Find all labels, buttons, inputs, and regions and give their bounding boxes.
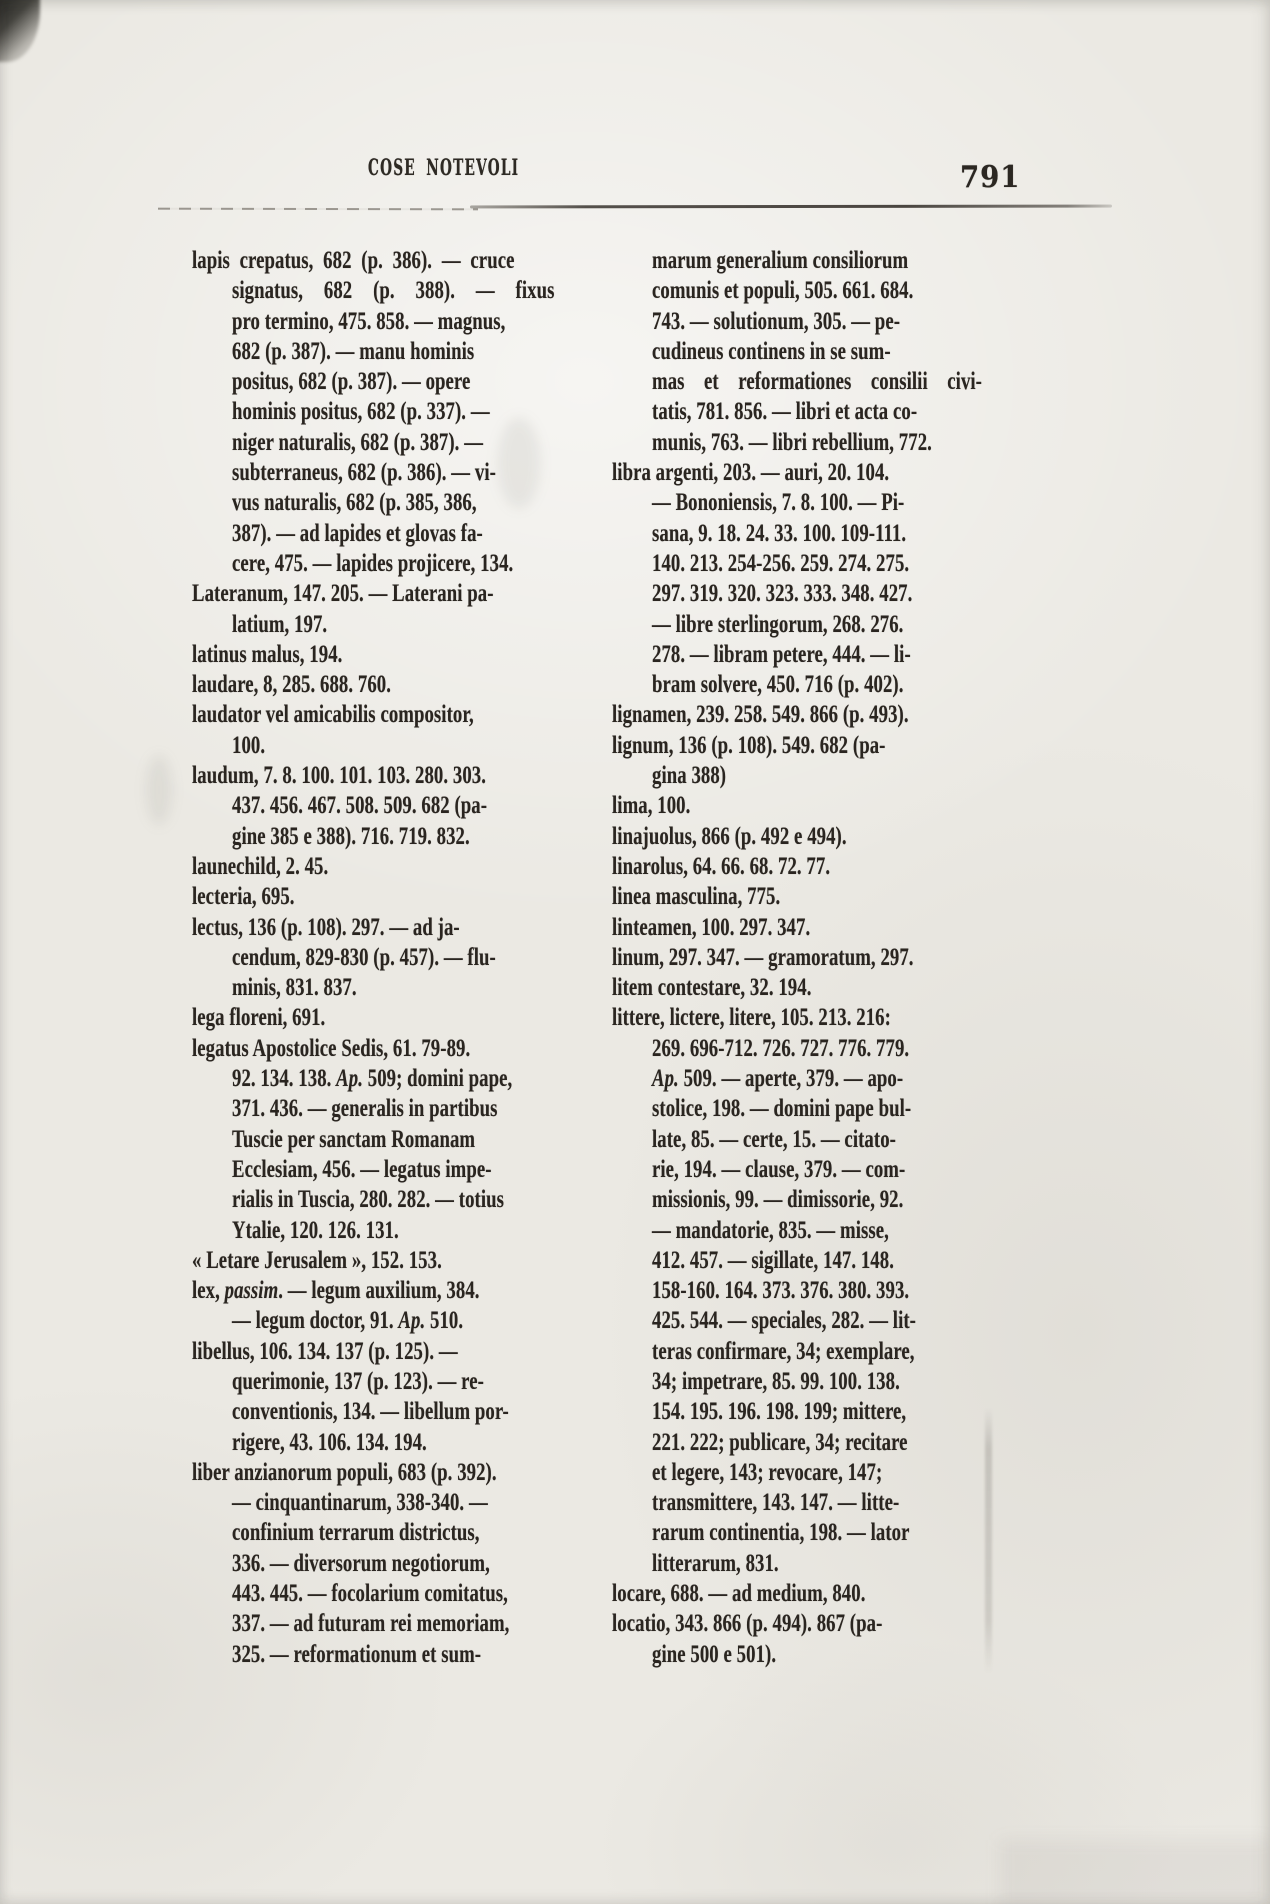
index-line: 297. 319. 320. 323. 333. 348. 427. xyxy=(652,579,982,609)
scan-blot xyxy=(146,755,172,825)
index-line: 92. 134. 138. Ap. 509; domini pape, xyxy=(232,1064,555,1094)
index-line: signatus, 682 (p. 388). — fixus xyxy=(232,276,555,306)
index-line: Ytalie, 120. 126. 131. xyxy=(232,1216,555,1246)
index-line: late, 85. — certe, 15. — citato- xyxy=(652,1125,982,1155)
page-number: 791 xyxy=(960,160,1020,195)
index-line: missionis, 99. — dimissorie, 92. xyxy=(652,1185,982,1215)
index-line: — mandatorie, 835. — misse, xyxy=(652,1216,982,1246)
index-line: 682 (p. 387). — manu hominis xyxy=(232,337,555,367)
running-header: COSE NOTEVOLI xyxy=(368,155,519,181)
index-line: tatis, 781. 856. — libri et acta co- xyxy=(652,397,982,427)
scanned-page-paper: COSE NOTEVOLI 791 lapis crepatus, 682 (p… xyxy=(0,0,1270,1904)
index-line: gine 500 e 501). xyxy=(652,1640,982,1670)
index-line: — Bononiensis, 7. 8. 100. — Pi- xyxy=(652,488,982,518)
index-line: liber anzianorum populi, 683 (p. 392). xyxy=(192,1458,545,1488)
index-line: cendum, 829-830 (p. 457). — flu- xyxy=(232,943,555,973)
index-line: cudineus continens in se sum- xyxy=(652,337,982,367)
index-column-right: marum generalium consiliorumcomunis et p… xyxy=(612,246,1092,1670)
scanned-book-page: { "page": { "header_title": "COSE NOTEVO… xyxy=(0,0,1270,1904)
index-line: lex, passim. — legum auxilium, 384. xyxy=(192,1276,545,1306)
index-line: pro termino, 475. 858. — magnus, xyxy=(232,307,555,337)
index-line: mas et reformationes consilii civi- xyxy=(652,367,982,397)
index-column-left: lapis crepatus, 682 (p. 386). — crucesig… xyxy=(192,246,662,1670)
index-line: conventionis, 134. — libellum por- xyxy=(232,1397,555,1427)
index-line: 140. 213. 254-256. 259. 274. 275. xyxy=(652,549,982,579)
index-line: littere, lictere, litere, 105. 213. 216: xyxy=(612,1003,972,1033)
index-line: Ecclesiam, 456. — legatus impe- xyxy=(232,1155,555,1185)
index-line: latinus malus, 194. xyxy=(192,640,545,670)
index-line: sana, 9. 18. 24. 33. 100. 109-111. xyxy=(652,519,982,549)
index-line: et legere, 143; revocare, 147; xyxy=(652,1458,982,1488)
index-line: lima, 100. xyxy=(612,791,972,821)
index-line: 412. 457. — sigillate, 147. 148. xyxy=(652,1246,982,1276)
index-line: gina 388) xyxy=(652,761,982,791)
index-line: locatio, 343. 866 (p. 494). 867 (pa- xyxy=(612,1609,972,1639)
index-line: linum, 297. 347. — gramoratum, 297. xyxy=(612,943,972,973)
index-line: rialis in Tuscia, 280. 282. — totius xyxy=(232,1185,555,1215)
index-line: linteamen, 100. 297. 347. xyxy=(612,913,972,943)
index-line: teras confirmare, 34; exemplare, xyxy=(652,1337,982,1367)
index-line: 269. 696-712. 726. 727. 776. 779. xyxy=(652,1034,982,1064)
index-line: libellus, 106. 134. 137 (p. 125). — xyxy=(192,1337,545,1367)
index-line: 325. — reformationum et sum- xyxy=(232,1640,555,1670)
index-line: 221. 222; publicare, 34; recitare xyxy=(652,1428,982,1458)
index-line: lignamen, 239. 258. 549. 866 (p. 493). xyxy=(612,700,972,730)
index-line: hominis positus, 682 (p. 337). — xyxy=(232,397,555,427)
index-line: Tuscie per sanctam Romanam xyxy=(232,1125,555,1155)
index-line: cere, 475. — lapides projicere, 134. xyxy=(232,549,555,579)
index-line: « Letare Jerusalem », 152. 153. xyxy=(192,1246,545,1276)
index-line: linarolus, 64. 66. 68. 72. 77. xyxy=(612,852,972,882)
index-line: munis, 763. — libri rebellium, 772. xyxy=(652,428,982,458)
index-line: 443. 445. — focolarium comitatus, xyxy=(232,1579,555,1609)
index-line: locare, 688. — ad medium, 840. xyxy=(612,1579,972,1609)
index-line: launechild, 2. 45. xyxy=(192,852,545,882)
index-line: — legum doctor, 91. Ap. 510. xyxy=(232,1306,555,1336)
index-line: latium, 197. xyxy=(232,610,555,640)
index-line: lectus, 136 (p. 108). 297. — ad ja- xyxy=(192,913,545,943)
index-line: 387). — ad lapides et glovas fa- xyxy=(232,519,555,549)
index-line: litem contestare, 32. 194. xyxy=(612,973,972,1003)
index-line: rarum continentia, 198. — lator xyxy=(652,1518,982,1548)
index-line: 34; impetrare, 85. 99. 100. 138. xyxy=(652,1367,982,1397)
index-line: rigere, 43. 106. 134. 194. xyxy=(232,1428,555,1458)
index-line: 154. 195. 196. 198. 199; mittere, xyxy=(652,1397,982,1427)
index-line: querimonie, 137 (p. 123). — re- xyxy=(232,1367,555,1397)
index-line: 425. 544. — speciales, 282. — lit- xyxy=(652,1306,982,1336)
index-line: lapis crepatus, 682 (p. 386). — cruce xyxy=(192,246,515,276)
scan-blot xyxy=(1000,1840,1270,1904)
index-line: minis, 831. 837. xyxy=(232,973,555,1003)
index-line: libra argenti, 203. — auri, 20. 104. xyxy=(612,458,972,488)
index-line: — libre sterlingorum, 268. 276. xyxy=(652,610,982,640)
scan-corner-artifact xyxy=(0,0,40,62)
index-line: 743. — solutionum, 305. — pe- xyxy=(652,307,982,337)
index-line: bram solvere, 450. 716 (p. 402). xyxy=(652,670,982,700)
index-line: laudator vel amicabilis compositor, xyxy=(192,700,545,730)
index-line: marum generalium consiliorum xyxy=(652,246,982,276)
index-line: rie, 194. — clause, 379. — com- xyxy=(652,1155,982,1185)
index-line: litterarum, 831. xyxy=(652,1549,982,1579)
index-line: confinium terrarum districtus, xyxy=(232,1518,555,1548)
header-rule-left-segment xyxy=(158,208,478,211)
index-line: laudare, 8, 285. 688. 760. xyxy=(192,670,545,700)
index-line: legatus Apostolice Sedis, 61. 79-89. xyxy=(192,1034,545,1064)
index-line: vus naturalis, 682 (p. 385, 386, xyxy=(232,488,555,518)
index-line: transmittere, 143. 147. — litte- xyxy=(652,1488,982,1518)
index-line: comunis et populi, 505. 661. 684. xyxy=(652,276,982,306)
index-line: 100. xyxy=(232,731,555,761)
index-line: 336. — diversorum negotiorum, xyxy=(232,1549,555,1579)
index-line: 437. 456. 467. 508. 509. 682 (pa- xyxy=(232,791,555,821)
index-line: linea masculina, 775. xyxy=(612,882,972,912)
index-line: 337. — ad futuram rei memoriam, xyxy=(232,1609,555,1639)
index-line: niger naturalis, 682 (p. 387). — xyxy=(232,428,555,458)
index-line: lignum, 136 (p. 108). 549. 682 (pa- xyxy=(612,731,972,761)
index-line: — cinquantinarum, 338-340. — xyxy=(232,1488,555,1518)
index-line: 371. 436. — generalis in partibus xyxy=(232,1094,555,1124)
index-line: linajuolus, 866 (p. 492 e 494). xyxy=(612,822,972,852)
index-line: 278. — libram petere, 444. — li- xyxy=(652,640,982,670)
index-line: Lateranum, 147. 205. — Laterani pa- xyxy=(192,579,545,609)
index-line: stolice, 198. — domini pape bul- xyxy=(652,1094,982,1124)
index-line: gine 385 e 388). 716. 719. 832. xyxy=(232,822,555,852)
index-line: lecteria, 695. xyxy=(192,882,545,912)
header-rule-right-segment xyxy=(470,205,1112,209)
index-line: positus, 682 (p. 387). — opere xyxy=(232,367,555,397)
index-line: subterraneus, 682 (p. 386). — vi- xyxy=(232,458,555,488)
index-line: lega floreni, 691. xyxy=(192,1003,545,1033)
index-line: Ap. 509. — aperte, 379. — apo- xyxy=(652,1064,982,1094)
index-line: 158-160. 164. 373. 376. 380. 393. xyxy=(652,1276,982,1306)
index-line: laudum, 7. 8. 100. 101. 103. 280. 303. xyxy=(192,761,545,791)
